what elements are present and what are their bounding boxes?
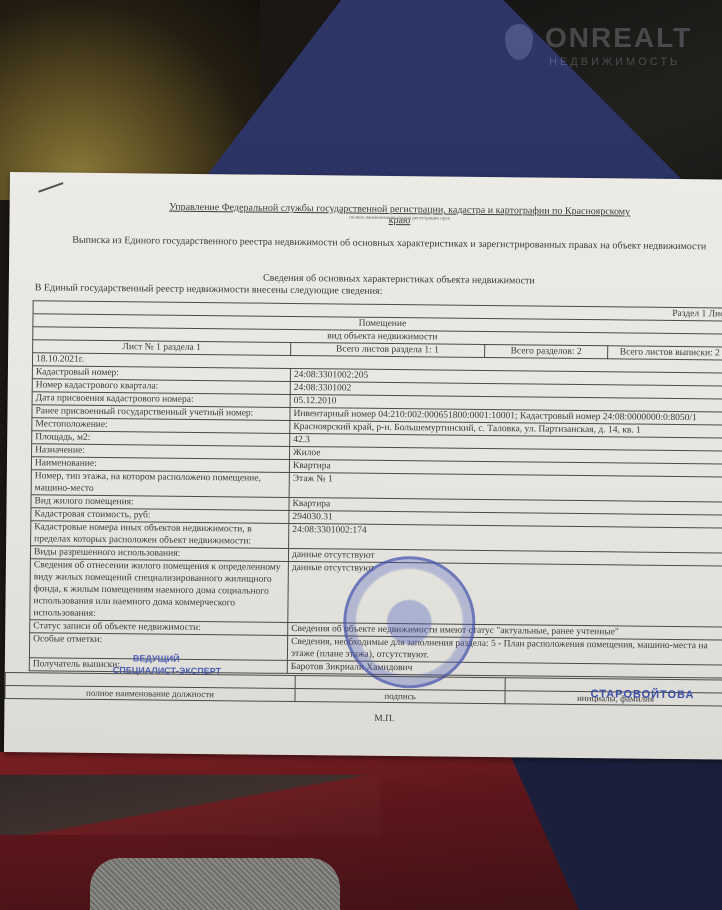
- signature-caption: подпись: [295, 689, 505, 704]
- intro-text: В Единый государственный реестр недвижим…: [35, 282, 383, 297]
- total-sections: Всего разделов: 2: [484, 344, 608, 358]
- extract-title: Выписка из Единого государственного реес…: [69, 235, 709, 253]
- watermark-brand: ONREALT: [545, 22, 692, 54]
- pen-mark: [38, 182, 63, 193]
- position-stamp-line1: ВЕДУЩИЙ: [133, 653, 180, 663]
- field-label: Сведения об отнесении жилого помещения к…: [30, 559, 289, 623]
- field-label: Кадастровые номера иных объектов недвижи…: [31, 521, 289, 549]
- bag-zipper: [0, 775, 380, 835]
- position-caption: полное наименование должности: [5, 685, 295, 701]
- official-seal-stamp: [343, 556, 476, 689]
- total-sheets: Всего листов выписки: 2: [608, 346, 722, 360]
- bag-mesh-pocket: [90, 858, 340, 910]
- document-page: Управление Федеральной службы государств…: [4, 172, 722, 760]
- watermark-subtitle: НЕДВИЖИМОСТЬ: [549, 56, 680, 68]
- name-stamp: СТАРОВОЙТОВА: [591, 688, 695, 701]
- field-label: Номер, тип этажа, на котором расположено…: [31, 470, 289, 498]
- seal-caption: М.П.: [374, 714, 394, 724]
